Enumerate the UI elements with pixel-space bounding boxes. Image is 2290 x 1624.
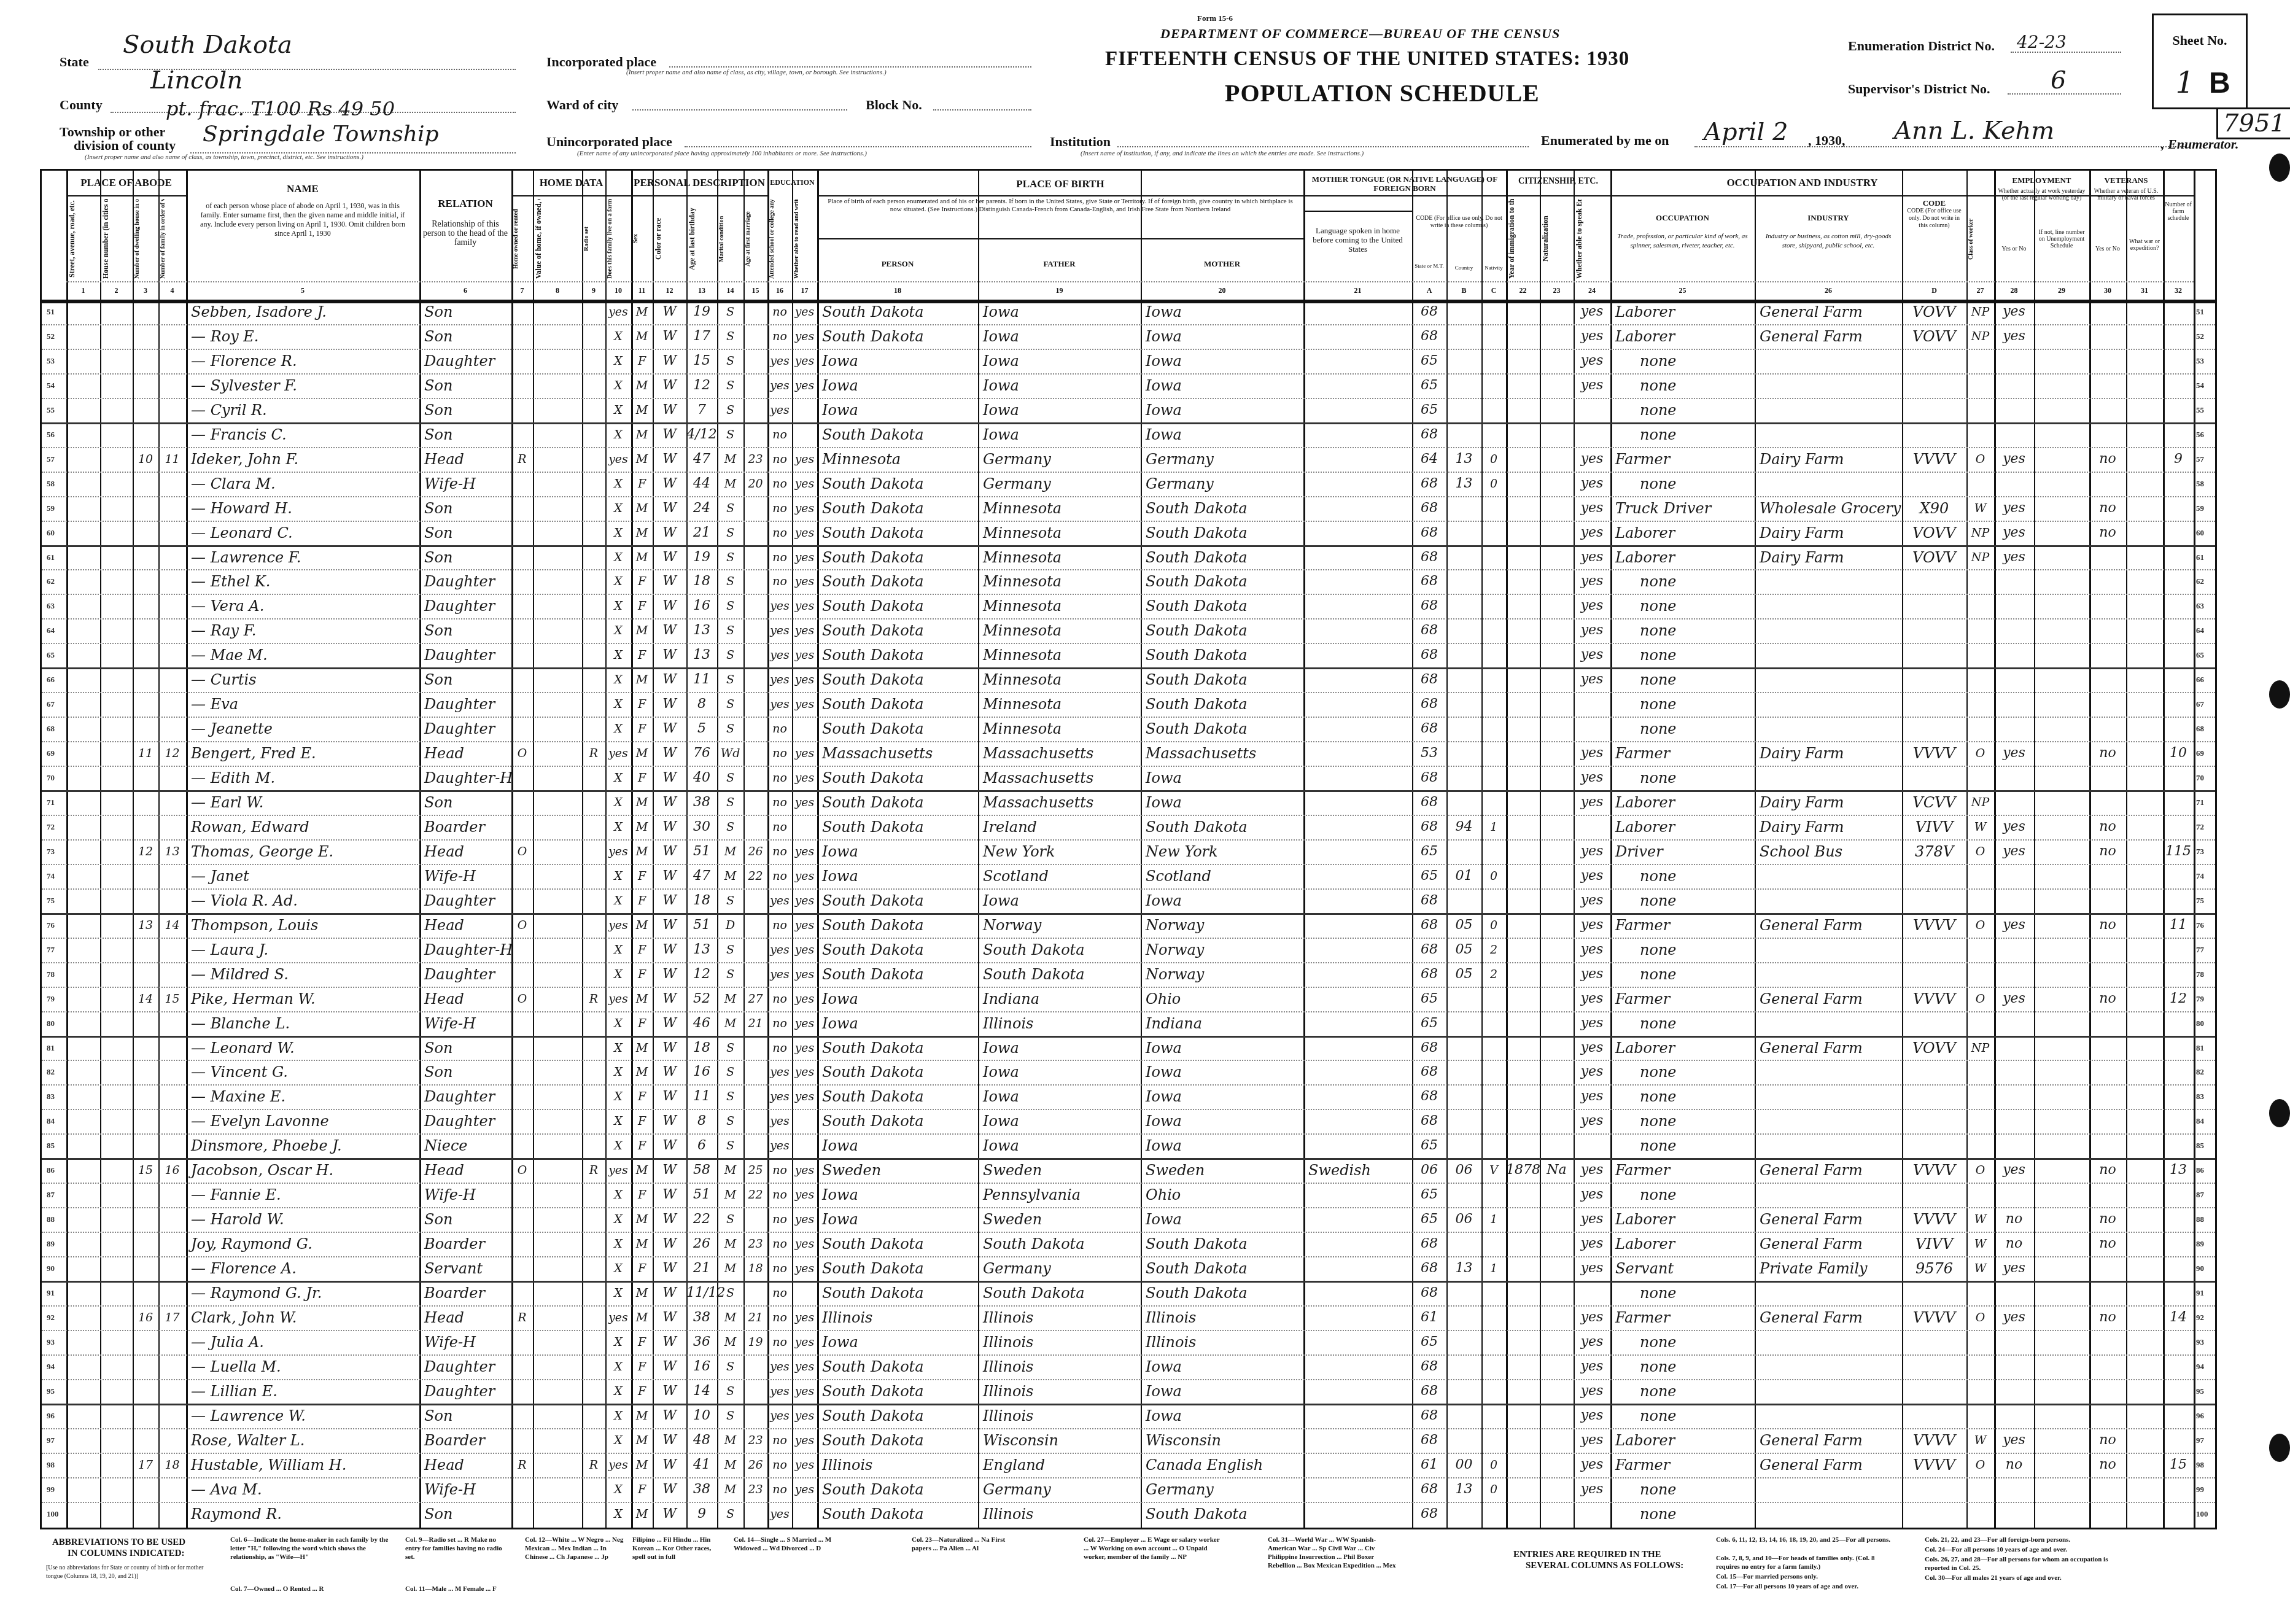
cell-read[interactable]: yes (792, 1428, 817, 1453)
cell-occupation[interactable]: Laborer (1615, 521, 1675, 545)
cell-sex[interactable]: F (631, 1330, 653, 1354)
cell-marital[interactable]: S (717, 766, 743, 790)
cell-father[interactable]: England (983, 1453, 1045, 1477)
cell-race[interactable]: W (653, 913, 686, 938)
cell-marital[interactable]: S (717, 938, 743, 962)
cell-code-a[interactable]: 68 (1412, 962, 1446, 987)
cell-father[interactable]: Minnesota (983, 594, 1062, 618)
cell-name[interactable]: — Vincent G. (191, 1060, 288, 1084)
cell-race[interactable]: W (653, 888, 686, 913)
cell-mother[interactable]: South Dakota (1146, 594, 1248, 618)
cell-sex[interactable]: M (631, 1281, 653, 1305)
cell-owned[interactable]: O (511, 987, 533, 1011)
cell-relation[interactable]: Daughter (424, 1354, 495, 1379)
cell-marital[interactable]: M (717, 839, 743, 864)
cell-relation[interactable]: Son (424, 545, 452, 570)
cell-read[interactable]: yes (792, 1232, 817, 1256)
cell-code-a[interactable]: 68 (1412, 1256, 1446, 1281)
cell-birth[interactable]: South Dakota (822, 790, 924, 815)
cell-school[interactable]: yes (767, 594, 792, 618)
cell-race[interactable]: W (653, 1084, 686, 1109)
cell-farm[interactable]: X (605, 594, 631, 618)
cell-english[interactable]: yes (1574, 1011, 1610, 1036)
cell-mother[interactable]: Iowa (1146, 766, 1182, 790)
cell-code-a[interactable]: 68 (1412, 1428, 1446, 1453)
cell-school[interactable]: yes (767, 373, 792, 398)
cell-farm[interactable]: X (605, 815, 631, 839)
cell-veteran[interactable]: no (2089, 913, 2126, 938)
cell-mother[interactable]: Iowa (1146, 422, 1182, 447)
cell-code-a[interactable]: 68 (1412, 618, 1446, 643)
cell-read[interactable]: yes (792, 962, 817, 987)
cell-relation[interactable]: Son (424, 1060, 452, 1084)
cell-code-a[interactable]: 68 (1412, 790, 1446, 815)
cell-school[interactable]: yes (767, 962, 792, 987)
cell-birth[interactable]: South Dakota (822, 962, 924, 987)
cell-class[interactable]: NP (1966, 545, 1994, 570)
cell-school[interactable]: yes (767, 1379, 792, 1404)
cell-age[interactable]: 22 (686, 1207, 717, 1232)
cell-industry[interactable]: Private Family (1760, 1256, 1868, 1281)
cell-read[interactable]: yes (792, 864, 817, 888)
cell-sex[interactable]: M (631, 521, 653, 545)
cell-mother[interactable]: Iowa (1146, 888, 1182, 913)
cell-sex[interactable]: M (631, 913, 653, 938)
cell-ind-code[interactable]: VOVV (1902, 1036, 1966, 1060)
cell-marital[interactable]: S (717, 496, 743, 521)
cell-name[interactable]: — Leonard C. (191, 521, 293, 545)
cell-code-a[interactable]: 65 (1412, 1330, 1446, 1354)
cell-relation[interactable]: Daughter (424, 643, 495, 667)
cell-marital[interactable]: S (717, 1207, 743, 1232)
cell-sex[interactable]: F (631, 938, 653, 962)
cell-owned[interactable]: O (511, 1158, 533, 1183)
cell-english[interactable]: yes (1574, 1477, 1610, 1502)
cell-relation[interactable]: Daughter (424, 1084, 495, 1109)
cell-sex[interactable]: M (631, 1453, 653, 1477)
cell-relation[interactable]: Daughter (424, 692, 495, 717)
cell-industry[interactable]: General Farm (1760, 1232, 1863, 1256)
cell-race[interactable]: W (653, 643, 686, 667)
cell-sex[interactable]: M (631, 324, 653, 349)
cell-school[interactable]: yes (767, 1060, 792, 1084)
cell-occupation[interactable]: Laborer (1615, 790, 1675, 815)
cell-school[interactable]: no (767, 815, 792, 839)
cell-relation[interactable]: Daughter (424, 594, 495, 618)
cell-mother[interactable]: Illinois (1146, 1305, 1196, 1330)
cell-birth[interactable]: Iowa (822, 349, 858, 373)
cell-father[interactable]: Pennsylvania (983, 1183, 1081, 1207)
cell-code-b[interactable]: 00 (1446, 1453, 1481, 1477)
cell-read[interactable]: yes (792, 790, 817, 815)
cell-english[interactable]: yes (1574, 1060, 1610, 1084)
cell-code-a[interactable]: 68 (1412, 569, 1446, 594)
cell-english[interactable]: yes (1574, 1158, 1610, 1183)
cell-marital[interactable]: S (717, 1109, 743, 1133)
cell-industry[interactable]: General Farm (1760, 300, 1863, 324)
cell-farm[interactable]: X (605, 1060, 631, 1084)
cell-farm[interactable]: yes (605, 987, 631, 1011)
cell-marital[interactable]: M (717, 1477, 743, 1502)
cell-marital[interactable]: S (717, 373, 743, 398)
cell-race[interactable]: W (653, 717, 686, 741)
cell-school[interactable]: no (767, 1158, 792, 1183)
cell-english[interactable]: yes (1574, 472, 1610, 496)
cell-industry[interactable]: Dairy Farm (1760, 815, 1844, 839)
cell-code-b[interactable]: 01 (1446, 864, 1481, 888)
cell-marital[interactable]: M (717, 1011, 743, 1036)
cell-code-a[interactable]: 06 (1412, 1158, 1446, 1183)
cell-race[interactable]: W (653, 447, 686, 472)
cell-mother[interactable]: Massachusetts (1146, 741, 1256, 766)
cell-school[interactable]: no (767, 790, 792, 815)
cell-sex[interactable]: F (631, 1379, 653, 1404)
cell-relation[interactable]: Daughter (424, 1109, 495, 1133)
cell-relation[interactable]: Daughter (424, 962, 495, 987)
cell-name[interactable]: — Leonard W. (191, 1036, 295, 1060)
cell-race[interactable]: W (653, 1232, 686, 1256)
cell-owned[interactable]: O (511, 839, 533, 864)
cell-age[interactable]: 11 (686, 667, 717, 692)
cell-code-a[interactable]: 68 (1412, 1232, 1446, 1256)
cell-birth[interactable]: Illinois (822, 1453, 872, 1477)
cell-age[interactable]: 44 (686, 472, 717, 496)
cell-code-a[interactable]: 68 (1412, 1379, 1446, 1404)
cell-sex[interactable]: M (631, 447, 653, 472)
cell-relation[interactable]: Boarder (424, 1232, 485, 1256)
cell-veteran[interactable]: no (2089, 815, 2126, 839)
cell-english[interactable]: yes (1574, 643, 1610, 667)
cell-farm[interactable]: X (605, 667, 631, 692)
cell-sex[interactable]: F (631, 472, 653, 496)
cell-birth[interactable]: South Dakota (822, 1060, 924, 1084)
cell-birth[interactable]: South Dakota (822, 1109, 924, 1133)
cell-age[interactable]: 13 (686, 643, 717, 667)
cell-farm[interactable]: X (605, 962, 631, 987)
cell-mother[interactable]: Illinois (1146, 1330, 1196, 1354)
cell-father[interactable]: Minnesota (983, 618, 1062, 643)
cell-sex[interactable]: F (631, 692, 653, 717)
cell-occupation[interactable]: Laborer (1615, 300, 1675, 324)
cell-race[interactable]: W (653, 422, 686, 447)
cell-birth[interactable]: South Dakota (822, 1084, 924, 1109)
cell-family[interactable]: 11 (158, 447, 186, 472)
cell-class[interactable]: NP (1966, 300, 1994, 324)
cell-farm[interactable]: yes (605, 1305, 631, 1330)
cell-at-work[interactable]: yes (1994, 447, 2034, 472)
cell-mother[interactable]: Germany (1146, 447, 1214, 472)
cell-veteran[interactable]: no (2089, 521, 2126, 545)
cell-mother[interactable]: South Dakota (1146, 717, 1248, 741)
cell-occupation[interactable]: none (1615, 692, 1677, 717)
cell-code-a[interactable]: 68 (1412, 422, 1446, 447)
cell-class[interactable]: NP (1966, 1036, 1994, 1060)
cell-race[interactable]: W (653, 618, 686, 643)
cell-marital[interactable]: M (717, 987, 743, 1011)
cell-father[interactable]: Wisconsin (983, 1428, 1058, 1453)
cell-marital[interactable]: M (717, 1183, 743, 1207)
cell-occupation[interactable]: Farmer (1615, 1158, 1670, 1183)
cell-class[interactable]: O (1966, 1453, 1994, 1477)
sheet-number[interactable]: 1 (2175, 66, 2194, 100)
cell-natur[interactable]: Na (1540, 1158, 1574, 1183)
cell-occupation[interactable]: Laborer (1615, 1232, 1675, 1256)
cell-birth[interactable]: Minnesota (822, 447, 901, 472)
cell-birth[interactable]: Iowa (822, 1183, 858, 1207)
cell-school[interactable]: yes (767, 1502, 792, 1526)
cell-father[interactable]: Minnesota (983, 717, 1062, 741)
cell-name[interactable]: — Jeanette (191, 717, 273, 741)
cell-age[interactable]: 58 (686, 1158, 717, 1183)
cell-name[interactable]: — Florence A. (191, 1256, 297, 1281)
cell-english[interactable]: yes (1574, 913, 1610, 938)
cell-relation[interactable]: Head (424, 741, 464, 766)
cell-veteran[interactable]: no (2089, 1158, 2126, 1183)
cell-code-a[interactable]: 65 (1412, 987, 1446, 1011)
cell-mother[interactable]: South Dakota (1146, 521, 1248, 545)
cell-code-a[interactable]: 68 (1412, 1036, 1446, 1060)
cell-code-c[interactable]: 0 (1481, 913, 1506, 938)
cell-marital[interactable]: S (717, 692, 743, 717)
cell-farm-sched[interactable]: 12 (2163, 987, 2194, 1011)
cell-age[interactable]: 5 (686, 717, 717, 741)
cell-age[interactable]: 11 (686, 1084, 717, 1109)
cell-race[interactable]: W (653, 1109, 686, 1133)
cell-father[interactable]: Iowa (983, 300, 1019, 324)
cell-code-b[interactable]: 13 (1446, 1256, 1481, 1281)
cell-mother[interactable]: Indiana (1146, 1011, 1202, 1036)
cell-occupation[interactable]: none (1615, 643, 1677, 667)
cell-occupation[interactable]: none (1615, 962, 1677, 987)
cell-name[interactable]: Jacobson, Oscar H. (191, 1158, 333, 1183)
cell-sex[interactable]: M (631, 987, 653, 1011)
cell-industry[interactable]: Dairy Farm (1760, 741, 1844, 766)
cell-sex[interactable]: M (631, 1404, 653, 1428)
cell-birth[interactable]: South Dakota (822, 1281, 924, 1305)
cell-occupation[interactable]: Servant (1615, 1256, 1674, 1281)
cell-at-work[interactable]: yes (1994, 300, 2034, 324)
cell-father[interactable]: Germany (983, 447, 1051, 472)
cell-veteran[interactable]: no (2089, 839, 2126, 864)
cell-relation[interactable]: Wife-H (424, 472, 476, 496)
cell-age[interactable]: 38 (686, 1305, 717, 1330)
cell-ind-code[interactable]: VVVV (1902, 1453, 1966, 1477)
cell-age[interactable]: 38 (686, 1477, 717, 1502)
cell-name[interactable]: — Fannie E. (191, 1183, 281, 1207)
cell-marital[interactable]: S (717, 643, 743, 667)
cell-dwelling[interactable]: 14 (133, 987, 158, 1011)
cell-age[interactable]: 51 (686, 913, 717, 938)
cell-age-marriage[interactable]: 22 (743, 1183, 767, 1207)
cell-school[interactable]: yes (767, 938, 792, 962)
cell-school[interactable]: no (767, 472, 792, 496)
cell-code-a[interactable]: 68 (1412, 1354, 1446, 1379)
cell-radio[interactable]: R (582, 987, 605, 1011)
cell-read[interactable]: yes (792, 373, 817, 398)
cell-veteran[interactable]: no (2089, 1428, 2126, 1453)
cell-code-c[interactable]: 0 (1481, 447, 1506, 472)
cell-english[interactable]: yes (1574, 569, 1610, 594)
cell-farm[interactable]: X (605, 888, 631, 913)
cell-farm[interactable]: X (605, 766, 631, 790)
cell-occupation[interactable]: Truck Driver (1615, 496, 1711, 521)
cell-at-work[interactable]: yes (1994, 815, 2034, 839)
cell-sex[interactable]: F (631, 1477, 653, 1502)
cell-farm[interactable]: yes (605, 447, 631, 472)
cell-english[interactable]: yes (1574, 1207, 1610, 1232)
cell-marital[interactable]: M (717, 1232, 743, 1256)
enumeration-date[interactable]: April 2 (1704, 118, 1788, 146)
cell-birth[interactable]: South Dakota (822, 766, 924, 790)
cell-ind-code[interactable]: VIVV (1902, 815, 1966, 839)
cell-age-marriage[interactable]: 20 (743, 472, 767, 496)
cell-birth[interactable]: South Dakota (822, 545, 924, 570)
cell-code-b[interactable]: 05 (1446, 913, 1481, 938)
cell-relation[interactable]: Head (424, 447, 464, 472)
cell-farm[interactable]: X (605, 1256, 631, 1281)
cell-name[interactable]: — Ava M. (191, 1477, 262, 1502)
cell-code-c[interactable]: V (1481, 1158, 1506, 1183)
cell-occupation[interactable]: none (1615, 1084, 1677, 1109)
cell-class[interactable]: O (1966, 987, 1994, 1011)
cell-mother[interactable]: South Dakota (1146, 643, 1248, 667)
cell-school[interactable]: no (767, 1011, 792, 1036)
cell-name[interactable]: — Viola R. Ad. (191, 888, 298, 913)
cell-school[interactable]: no (767, 1453, 792, 1477)
cell-mother[interactable]: Iowa (1146, 1404, 1182, 1428)
cell-father[interactable]: Germany (983, 1256, 1051, 1281)
cell-relation[interactable]: Son (424, 1502, 452, 1526)
cell-age[interactable]: 21 (686, 521, 717, 545)
cell-sex[interactable]: F (631, 594, 653, 618)
cell-ind-code[interactable]: VVVV (1902, 447, 1966, 472)
cell-class[interactable]: NP (1966, 324, 1994, 349)
cell-mother[interactable]: Iowa (1146, 1207, 1182, 1232)
cell-name[interactable]: — Roy E. (191, 324, 258, 349)
cell-relation[interactable]: Son (424, 300, 452, 324)
cell-race[interactable]: W (653, 1158, 686, 1183)
cell-father[interactable]: South Dakota (983, 938, 1085, 962)
cell-school[interactable]: no (767, 864, 792, 888)
cell-age-marriage[interactable]: 23 (743, 1428, 767, 1453)
cell-code-a[interactable]: 68 (1412, 521, 1446, 545)
cell-relation[interactable]: Daughter (424, 717, 495, 741)
cell-class[interactable]: NP (1966, 521, 1994, 545)
cell-marital[interactable]: S (717, 1084, 743, 1109)
cell-sex[interactable]: M (631, 373, 653, 398)
cell-race[interactable]: W (653, 1183, 686, 1207)
cell-age[interactable]: 9 (686, 1502, 717, 1526)
cell-farm[interactable]: X (605, 521, 631, 545)
cell-code-c[interactable]: 0 (1481, 1477, 1506, 1502)
cell-mother[interactable]: Wisconsin (1146, 1428, 1221, 1453)
cell-mother[interactable]: South Dakota (1146, 1281, 1248, 1305)
cell-birth[interactable]: South Dakota (822, 815, 924, 839)
cell-sex[interactable]: M (631, 1232, 653, 1256)
cell-occupation[interactable]: none (1615, 349, 1677, 373)
cell-farm[interactable]: X (605, 373, 631, 398)
cell-ind-code[interactable]: VVVV (1902, 1305, 1966, 1330)
cell-english[interactable]: yes (1574, 324, 1610, 349)
cell-birth[interactable]: Iowa (822, 864, 858, 888)
cell-class[interactable]: W (1966, 1256, 1994, 1281)
cell-school[interactable]: no (767, 569, 792, 594)
cell-name[interactable]: Bengert, Fred E. (191, 741, 316, 766)
cell-name[interactable]: — Vera A. (191, 594, 264, 618)
cell-farm[interactable]: X (605, 1011, 631, 1036)
cell-farm[interactable]: X (605, 1183, 631, 1207)
cell-english[interactable]: yes (1574, 741, 1610, 766)
cell-name[interactable]: — Edith M. (191, 766, 275, 790)
cell-school[interactable]: no (767, 496, 792, 521)
cell-name[interactable]: — Lillian E. (191, 1379, 278, 1404)
cell-relation[interactable]: Head (424, 1453, 464, 1477)
cell-dwelling[interactable]: 15 (133, 1158, 158, 1183)
cell-name[interactable]: Rose, Walter L. (191, 1428, 305, 1453)
cell-name[interactable]: — Lawrence W. (191, 1404, 306, 1428)
cell-age[interactable]: 16 (686, 1060, 717, 1084)
cell-mother[interactable]: Iowa (1146, 1379, 1182, 1404)
cell-race[interactable]: W (653, 1428, 686, 1453)
cell-name[interactable]: — Eva (191, 692, 238, 717)
cell-at-work[interactable]: no (1994, 1453, 2034, 1477)
cell-owned[interactable]: O (511, 741, 533, 766)
cell-name[interactable]: — Ethel K. (191, 569, 270, 594)
cell-owned[interactable]: R (511, 1305, 533, 1330)
cell-english[interactable]: yes (1574, 1354, 1610, 1379)
cell-age[interactable]: 19 (686, 300, 717, 324)
cell-age[interactable]: 18 (686, 1036, 717, 1060)
cell-birth[interactable]: South Dakota (822, 1379, 924, 1404)
cell-code-a[interactable]: 68 (1412, 667, 1446, 692)
cell-farm-sched[interactable]: 11 (2163, 913, 2194, 938)
cell-farm-sched[interactable]: 14 (2163, 1305, 2194, 1330)
cell-race[interactable]: W (653, 1281, 686, 1305)
cell-english[interactable]: yes (1574, 1084, 1610, 1109)
cell-read[interactable]: yes (792, 300, 817, 324)
cell-farm[interactable]: X (605, 864, 631, 888)
cell-birth[interactable]: Massachusetts (822, 741, 933, 766)
cell-race[interactable]: W (653, 1330, 686, 1354)
cell-mother[interactable]: Iowa (1146, 398, 1182, 422)
cell-read[interactable]: yes (792, 888, 817, 913)
cell-relation[interactable]: Niece (424, 1133, 468, 1158)
cell-read[interactable]: yes (792, 643, 817, 667)
cell-school[interactable]: no (767, 1183, 792, 1207)
cell-class[interactable]: O (1966, 1305, 1994, 1330)
cell-father[interactable]: Minnesota (983, 692, 1062, 717)
cell-at-work[interactable]: yes (1994, 1158, 2034, 1183)
cell-name[interactable]: Rowan, Edward (191, 815, 309, 839)
cell-farm[interactable]: X (605, 1477, 631, 1502)
cell-relation[interactable]: Son (424, 618, 452, 643)
cell-age[interactable]: 26 (686, 1232, 717, 1256)
cell-birth[interactable]: South Dakota (822, 717, 924, 741)
cell-mother[interactable]: South Dakota (1146, 496, 1248, 521)
cell-marital[interactable]: S (717, 349, 743, 373)
cell-relation[interactable]: Daughter (424, 349, 495, 373)
cell-age-marriage[interactable]: 21 (743, 1011, 767, 1036)
cell-industry[interactable]: General Farm (1760, 1305, 1863, 1330)
cell-sex[interactable]: M (631, 1305, 653, 1330)
cell-relation[interactable]: Daughter-H (424, 938, 513, 962)
cell-age-marriage[interactable]: 25 (743, 1158, 767, 1183)
cell-race[interactable]: W (653, 349, 686, 373)
cell-age[interactable]: 51 (686, 839, 717, 864)
cell-race[interactable]: W (653, 324, 686, 349)
cell-mother[interactable]: Norway (1146, 962, 1204, 987)
cell-read[interactable]: yes (792, 349, 817, 373)
